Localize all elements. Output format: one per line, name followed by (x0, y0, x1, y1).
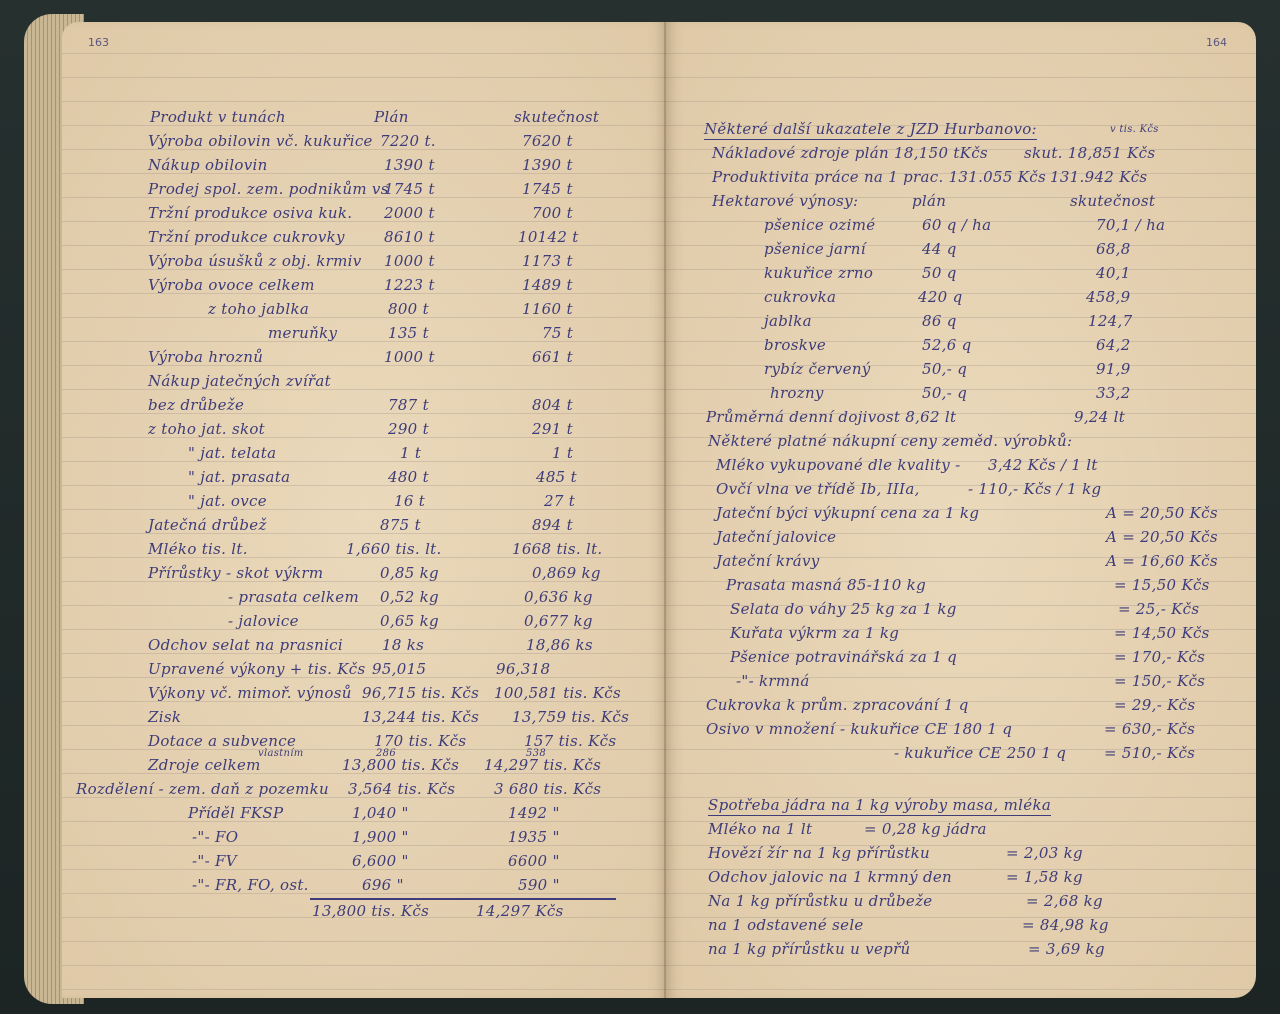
yield-label: cukrovka (764, 288, 836, 306)
price-value: = 630,- Kčs (1104, 720, 1195, 738)
row-actual: 804 t (532, 396, 573, 414)
section-title: Některé další ukazatele z JZD Hurbanovo: (704, 120, 1037, 140)
row-actual: 0,869 kg (532, 564, 601, 582)
yields-header: Hektarové výnosy: (712, 192, 858, 210)
row-actual: 14,297 tis. Kčs (484, 756, 601, 774)
feed-value: = 1,58 kg (1006, 868, 1083, 886)
row-actual: 1492 " (508, 804, 560, 822)
yields-plan-header: plán (912, 192, 946, 210)
price-value: = 170,- Kčs (1114, 648, 1205, 666)
row-actual: 131.942 Kčs (1050, 168, 1147, 186)
annotation-vlastnim: vlastním (258, 748, 303, 759)
row-label: " jat. prasata (188, 468, 290, 486)
row-actual: 6600 " (508, 852, 560, 870)
yield-actual: 68,8 (1096, 240, 1131, 258)
row-actual: 1745 t (522, 180, 573, 198)
price-value: A = 20,50 Kčs (1106, 504, 1218, 522)
row-label: Výroba hroznů (148, 348, 263, 366)
price-label: Ovčí vlna ve třídě Ib, IIIa, (716, 480, 920, 498)
row-actual: 0,636 kg (524, 588, 593, 606)
feed-value: = 0,28 kg jádra (864, 820, 987, 838)
row-label: " jat. telata (188, 444, 276, 462)
row-plan: 0,52 kg (380, 588, 439, 606)
row-label: Výroba ovoce celkem (148, 276, 315, 294)
row-plan: 3,564 tis. Kčs (348, 780, 455, 798)
price-value: = 29,- Kčs (1114, 696, 1195, 714)
row-actual: 590 " (518, 876, 560, 894)
row-plan: 800 t (388, 300, 429, 318)
row-text: Produktivita práce na 1 prac. 131.055 Kč… (712, 168, 1046, 186)
row-actual: 1173 t (522, 252, 573, 270)
yield-label: broskve (764, 336, 826, 354)
row-plan: 18 ks (382, 636, 424, 654)
price-label: Jateční krávy (716, 552, 820, 570)
price-label: Jateční býci výkupní cena za 1 kg (716, 504, 979, 522)
row-plan: 290 t (388, 420, 429, 438)
sum-line (310, 898, 616, 900)
yield-plan: 44 q (922, 240, 957, 258)
row-label: Mléko tis. lt. (148, 540, 248, 558)
row-plan: 2000 t (384, 204, 435, 222)
row-actual: 1935 " (508, 828, 560, 846)
row-plan: 95,015 (372, 660, 426, 678)
yield-actual: 70,1 / ha (1096, 216, 1165, 234)
row-plan: 135 t (388, 324, 429, 342)
row-plan: 7220 t. (380, 132, 436, 150)
row-plan: 1223 t (384, 276, 435, 294)
row-label: Zdroje celkem (148, 756, 261, 774)
yield-label: pšenice jarní (764, 240, 866, 258)
row-plan: 16 t (394, 492, 425, 510)
feed-label: na 1 odstavené sele (708, 916, 864, 934)
row-plan: 1745 t (384, 180, 435, 198)
price-label: Kuřata výkrm za 1 kg (730, 624, 899, 642)
row-label: -"- FV (192, 852, 237, 870)
feed-label: Hovězí žír na 1 kg přírůstku (708, 844, 930, 862)
row-actual: 1668 tis. lt. (512, 540, 603, 558)
row-actual: 10142 t (518, 228, 579, 246)
yield-actual: 458,9 (1086, 288, 1130, 306)
row-plan: 875 t (380, 516, 421, 534)
yield-label: hrozny (770, 384, 824, 402)
row-actual: 894 t (532, 516, 573, 534)
row-plan: 8610 t (384, 228, 435, 246)
yield-plan: 60 q / ha (922, 216, 991, 234)
row-label: Upravené výkony + tis. Kčs (148, 660, 366, 678)
price-label: Osivo v množení - kukuřice CE 180 1 q (706, 720, 1012, 738)
feed-label: Na 1 kg přírůstku u drůbeže (708, 892, 932, 910)
milk-yield-actual: 9,24 lt (1074, 408, 1125, 426)
price-label: Prasata masná 85-110 kg (726, 576, 926, 594)
unit-note: v tis. Kčs (1110, 124, 1159, 135)
row-label: Výroba úsušků z obj. krmiv (148, 252, 362, 270)
row-plan: 96,715 tis. Kčs (362, 684, 479, 702)
row-label: - prasata celkem (228, 588, 359, 606)
row-plan: 1000 t (384, 252, 435, 270)
row-actual: 27 t (544, 492, 575, 510)
row-label: Tržní produkce cukrovky (148, 228, 345, 246)
feed-value: = 84,98 kg (1022, 916, 1109, 934)
price-label: Selata do váhy 25 kg za 1 kg (730, 600, 957, 618)
right-page: 164 Některé další ukazatele z JZD Hurban… (666, 22, 1256, 998)
row-plan: 1000 t (384, 348, 435, 366)
row-actual: 1 t (552, 444, 573, 462)
row-plan: 1,660 tis. lt. (346, 540, 442, 558)
yield-label: rybíz červený (764, 360, 871, 378)
row-label: Přírůstky - skot výkrm (148, 564, 323, 582)
row-label: Prodej spol. zem. podnikům vs (148, 180, 389, 198)
row-label: - jalovice (228, 612, 299, 630)
yield-plan: 86 q (922, 312, 957, 330)
row-actual: 291 t (532, 420, 573, 438)
header-actual: skutečnost (514, 108, 599, 126)
row-label: Odchov selat na prasnici (148, 636, 343, 654)
row-actual: 700 t (532, 204, 573, 222)
row-label: Příděl FKSP (188, 804, 283, 822)
row-label: Výroba obilovin vč. kukuřice (148, 132, 373, 150)
price-value: = 510,- Kčs (1104, 744, 1195, 762)
yields-actual-header: skutečnost (1070, 192, 1155, 210)
row-label: meruňky (268, 324, 337, 342)
price-value: 3,42 Kčs / 1 lt (988, 456, 1098, 474)
row-actual: 1160 t (522, 300, 573, 318)
row-plan: 480 t (388, 468, 429, 486)
feed-value: = 2,03 kg (1006, 844, 1083, 862)
row-actual: 7620 t (522, 132, 573, 150)
row-plan: 1,040 " (352, 804, 409, 822)
yield-plan: 52,6 q (922, 336, 972, 354)
row-plan: 0,65 kg (380, 612, 439, 630)
row-plan: 13,800 tis. Kčs (342, 756, 459, 774)
row-label: bez drůbeže (148, 396, 244, 414)
row-label: " jat. ovce (188, 492, 267, 510)
feed-label: na 1 kg přírůstku u vepřů (708, 940, 911, 958)
row-label: Nákup obilovin (148, 156, 268, 174)
row-actual: 485 t (536, 468, 577, 486)
total-actual: 14,297 Kčs (476, 902, 564, 920)
row-text: Nákladové zdroje plán 18,150 tKčs (712, 144, 988, 162)
row-plan: 13,244 tis. Kčs (362, 708, 479, 726)
price-label: Jateční jalovice (716, 528, 836, 546)
row-actual: 13,759 tis. Kčs (512, 708, 629, 726)
price-label: Cukrovka k prům. zpracování 1 q (706, 696, 969, 714)
price-label: - kukuřice CE 250 1 q (894, 744, 1066, 762)
prices-title: Některé platné nákupní ceny zeměd. výrob… (708, 432, 1072, 450)
row-label: Zisk (148, 708, 181, 726)
price-value: A = 20,50 Kčs (1106, 528, 1218, 546)
yield-plan: 50 q (922, 264, 957, 282)
header-label: Produkt v tunách (150, 108, 286, 126)
yield-actual: 40,1 (1096, 264, 1131, 282)
row-actual: 1390 t (522, 156, 573, 174)
row-actual: 96,318 (496, 660, 550, 678)
row-actual: 100,581 tis. Kčs (494, 684, 621, 702)
row-label: Jatečná drůbež (148, 516, 267, 534)
total-plan: 13,800 tis. Kčs (312, 902, 429, 920)
row-plan: 6,600 " (352, 852, 409, 870)
row-actual: 18,86 ks (526, 636, 593, 654)
yield-label: pšenice ozimé (764, 216, 875, 234)
yield-plan: 50,- q (922, 360, 967, 378)
left-page: 163 Produkt v tunách Plán skutečnost Výr… (62, 22, 666, 998)
header-plan: Plán (374, 108, 409, 126)
price-value: = 150,- Kčs (1114, 672, 1205, 690)
feed-value: = 3,69 kg (1028, 940, 1105, 958)
yield-plan: 420 q (918, 288, 963, 306)
price-value: = 25,- Kčs (1118, 600, 1199, 618)
feed-title: Spotřeba jádra na 1 kg výroby masa, mlék… (708, 796, 1051, 816)
page-number: 163 (88, 36, 109, 49)
price-label: Pšenice potravinářská za 1 q (730, 648, 957, 666)
yield-label: jablka (764, 312, 812, 330)
row-actual: skut. 18,851 Kčs (1024, 144, 1155, 162)
feed-value: = 2,68 kg (1026, 892, 1103, 910)
price-value: - 110,- Kčs / 1 kg (968, 480, 1101, 498)
row-actual: 75 t (542, 324, 573, 342)
feed-label: Odchov jalovic na 1 krmný den (708, 868, 952, 886)
row-label: Výkony vč. mimoř. výnosů (148, 684, 352, 702)
row-label: -"- FR, FO, ost. (192, 876, 309, 894)
price-value: = 14,50 Kčs (1114, 624, 1210, 642)
yield-actual: 64,2 (1096, 336, 1131, 354)
price-label: Mléko vykupované dle kvality - (716, 456, 960, 474)
row-actual: 3 680 tis. Kčs (494, 780, 601, 798)
row-label: z toho jat. skot (148, 420, 265, 438)
price-value: A = 16,60 Kčs (1106, 552, 1218, 570)
row-label: Rozdělení - zem. daň z pozemku (76, 780, 329, 798)
row-plan: 1390 t (384, 156, 435, 174)
row-actual: 1489 t (522, 276, 573, 294)
row-actual: 661 t (532, 348, 573, 366)
milk-yield-label: Průměrná denní dojivost 8,62 lt (706, 408, 956, 426)
row-plan: 0,85 kg (380, 564, 439, 582)
row-label: -"- FO (192, 828, 238, 846)
price-value: = 15,50 Kčs (1114, 576, 1210, 594)
yield-plan: 50,- q (922, 384, 967, 402)
row-plan: 696 " (362, 876, 404, 894)
row-label: Nákup jatečných zvířat (148, 372, 331, 390)
row-plan: 1,900 " (352, 828, 409, 846)
row-plan: 787 t (388, 396, 429, 414)
row-label: z toho jablka (208, 300, 309, 318)
row-label: Tržní produkce osiva kuk. (148, 204, 352, 222)
row-plan: 1 t (400, 444, 421, 462)
feed-label: Mléko na 1 lt (708, 820, 812, 838)
yield-actual: 124,7 (1088, 312, 1132, 330)
page-number: 164 (1206, 36, 1227, 49)
yield-actual: 33,2 (1096, 384, 1131, 402)
row-actual: 0,677 kg (524, 612, 593, 630)
yield-actual: 91,9 (1096, 360, 1131, 378)
price-label: -"- krmná (736, 672, 810, 690)
yield-label: kukuřice zrno (764, 264, 873, 282)
